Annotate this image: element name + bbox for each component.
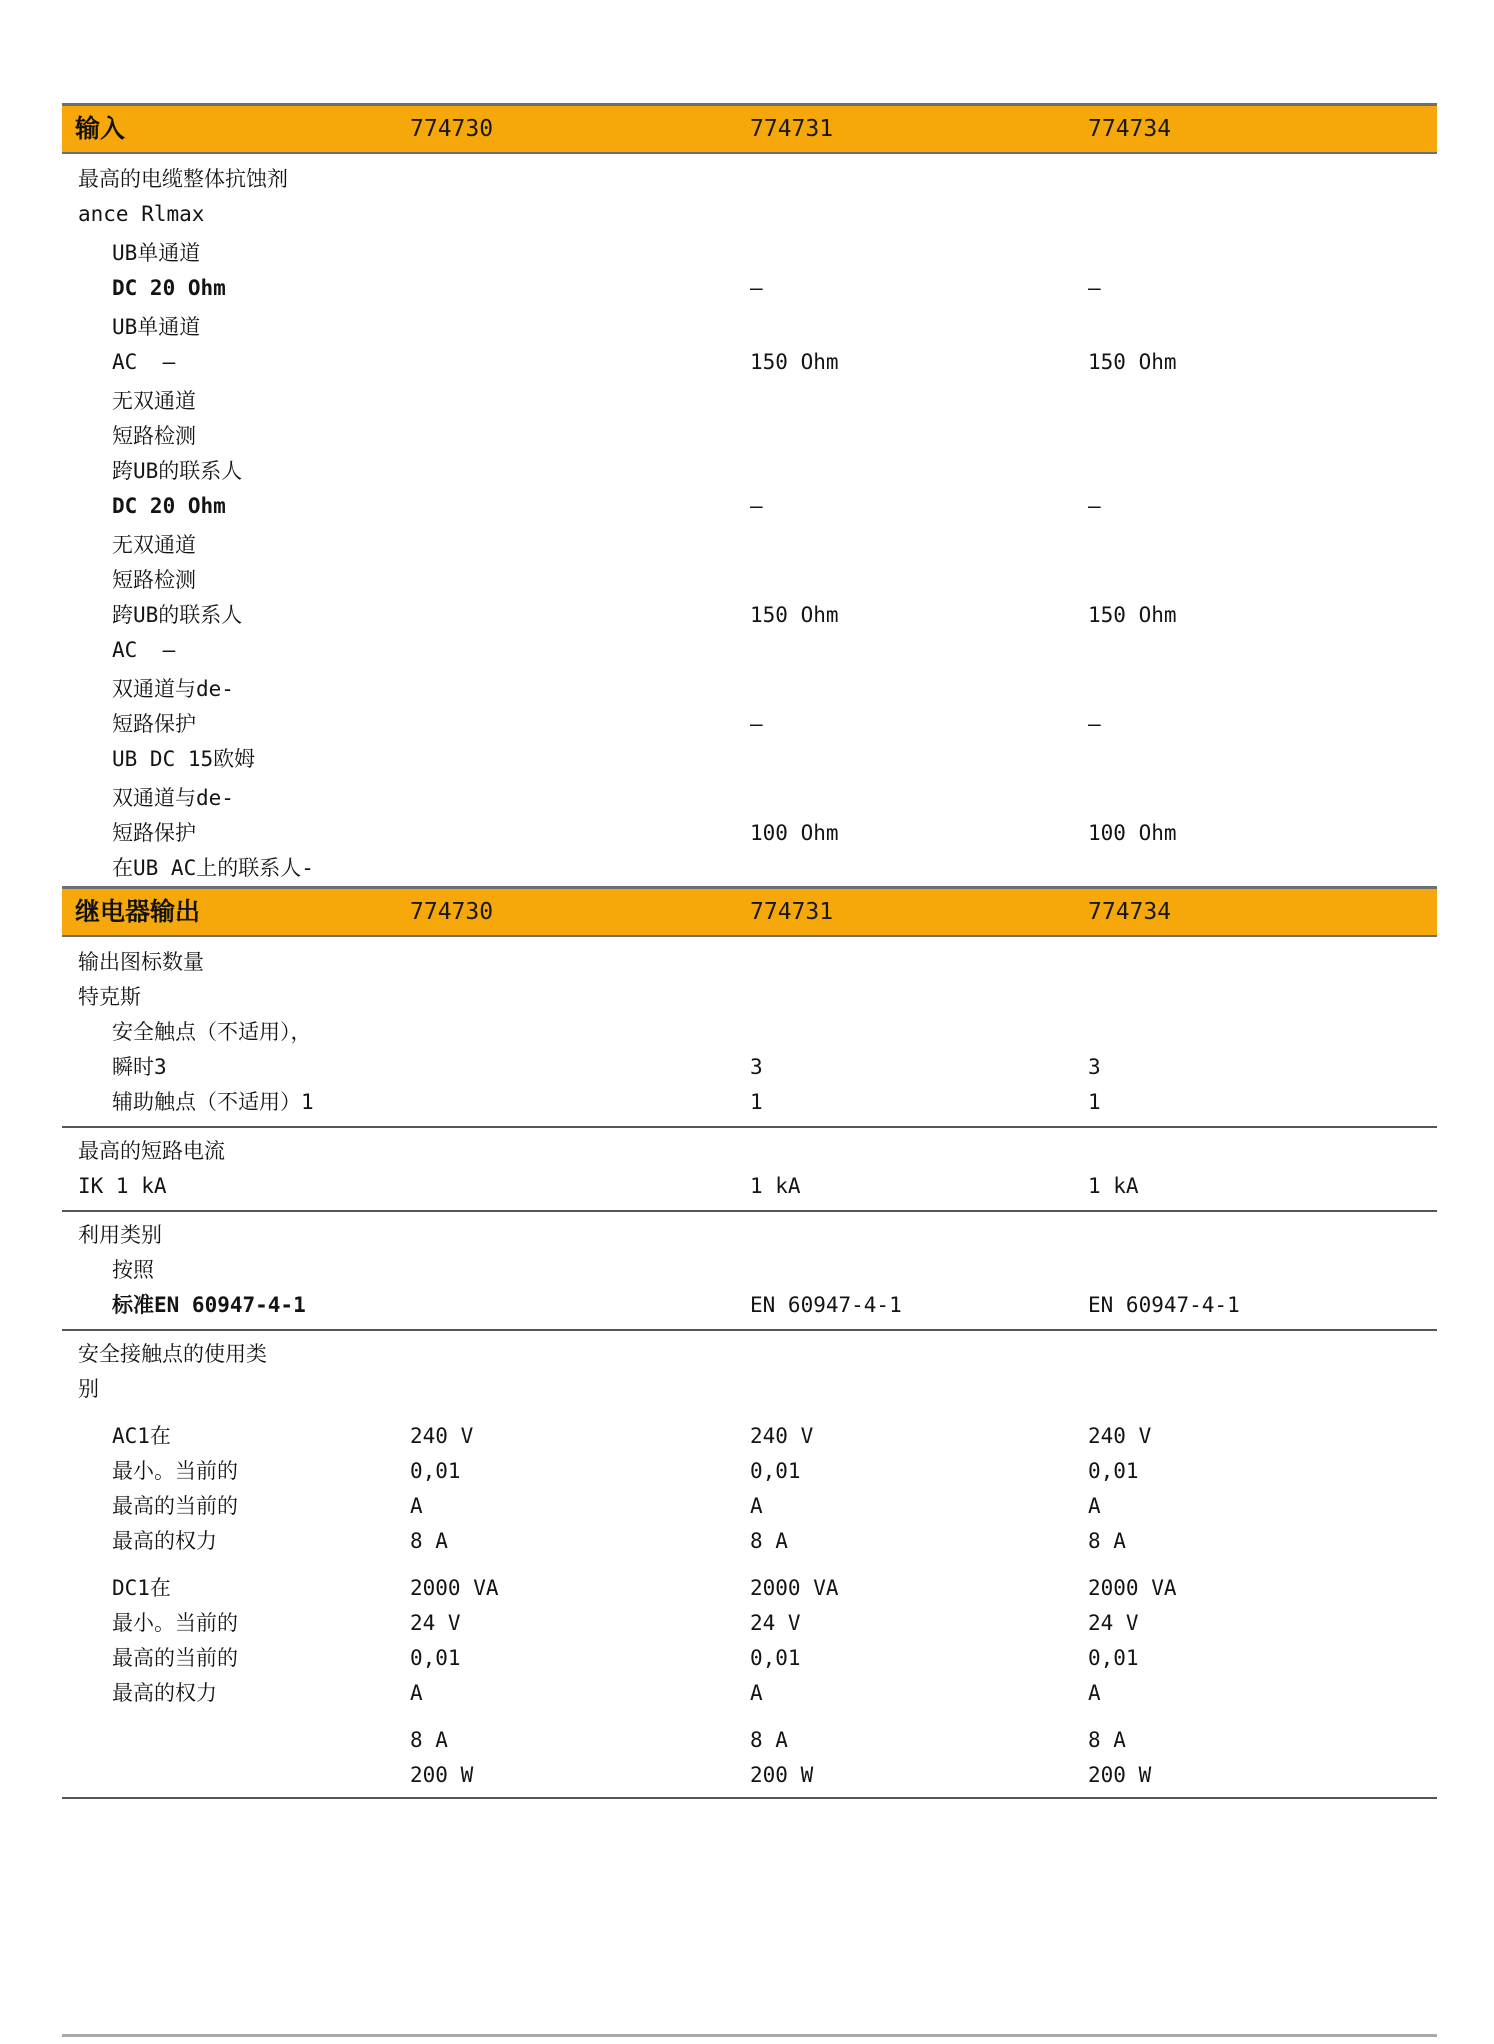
datasheet-page: 输入 774730 774731 774734 最高的电缆整体抗蚀剂ance R…: [0, 0, 1494, 2044]
row-group: 安全接触点的使用类别AC1在240 V240 V240 V最小。当前的0,010…: [62, 1337, 1437, 1793]
value-774731: 24 V: [750, 1606, 801, 1641]
row-label: 双通道与de-: [112, 672, 234, 707]
value-774730: 8 A: [410, 1723, 448, 1758]
relay-output-section-header: 继电器输出 774730 774731 774734: [62, 886, 1437, 937]
table-row: 短路保护100 Ohm100 Ohm: [62, 816, 1437, 851]
table-row: 利用类别: [62, 1218, 1437, 1253]
table-row: 短路保护––: [62, 707, 1437, 742]
value-774730: 2000 VA: [410, 1571, 499, 1606]
row-label: 利用类别: [78, 1218, 162, 1253]
value-774731: 200 W: [750, 1758, 813, 1793]
table-row: DC 20 Ohm––: [62, 271, 1437, 306]
row-label: 双通道与de-: [112, 781, 234, 816]
value-774731: 150 Ohm: [750, 598, 839, 633]
row-group: 最高的短路电流IK 1 kA1 kA1 kA: [62, 1134, 1437, 1204]
row-label: 辅助触点（不适用）1: [112, 1085, 314, 1120]
row-label: UB单通道: [112, 310, 200, 345]
value-774734: –: [1088, 707, 1101, 742]
table-row: 标准EN 60947-4-1EN 60947-4-1EN 60947-4-1: [62, 1288, 1437, 1323]
value-774734: 8 A: [1088, 1723, 1126, 1758]
table-row: 安全接触点的使用类: [62, 1337, 1437, 1372]
value-774734: A: [1088, 1676, 1101, 1711]
table-row: 最小。当前的0,010,010,01: [62, 1454, 1437, 1489]
value-774734: 1: [1088, 1085, 1101, 1120]
relay-output-section: 继电器输出 774730 774731 774734 输出图标数量特克斯安全触点…: [62, 886, 1437, 1799]
value-774731: EN 60947-4-1: [750, 1288, 902, 1323]
value-774731: 2000 VA: [750, 1571, 839, 1606]
table-row: 特克斯: [62, 980, 1437, 1015]
table-row: 安全触点（不适用），: [62, 1015, 1437, 1050]
row-group: 双通道与de-短路保护100 Ohm100 Ohm在UB AC上的联系人-: [62, 781, 1437, 886]
row-label: 跨UB的联系人: [112, 598, 242, 633]
row-group: 最高的电缆整体抗蚀剂ance Rlmax: [62, 162, 1437, 232]
row-group: UB单通道DC 20 Ohm––: [62, 236, 1437, 306]
value-774730: 0,01: [410, 1454, 461, 1489]
table-row: UB DC 15欧姆: [62, 742, 1437, 777]
row-label: 最高的权力: [112, 1524, 217, 1559]
value-774730: 240 V: [410, 1419, 473, 1454]
value-774731: 8 A: [750, 1723, 788, 1758]
row-label: 别: [78, 1372, 99, 1407]
row-label: ance Rlmax: [78, 197, 204, 232]
table-row: DC1在2000 VA2000 VA2000 VA: [62, 1571, 1437, 1606]
table-row: 双通道与de-: [62, 781, 1437, 816]
value-774731: 240 V: [750, 1419, 813, 1454]
table-row: 在UB AC上的联系人-: [62, 851, 1437, 886]
row-label: 无双通道: [112, 528, 196, 563]
table-row: 跨UB的联系人: [62, 454, 1437, 489]
table-row: 双通道与de-: [62, 672, 1437, 707]
row-label: 短路检测: [112, 419, 196, 454]
table-row: 最高的权力AAA: [62, 1676, 1437, 1711]
value-774730: 8 A: [410, 1524, 448, 1559]
row-group: 输出图标数量特克斯安全触点（不适用），瞬时333辅助触点（不适用）111: [62, 945, 1437, 1120]
value-774734: 240 V: [1088, 1419, 1151, 1454]
row-label: 最高的权力: [112, 1676, 217, 1711]
input-table-body: 最高的电缆整体抗蚀剂ance RlmaxUB单通道DC 20 Ohm––UB单通…: [62, 154, 1437, 886]
column-header-774734: 774734: [1088, 106, 1171, 152]
row-group: 无双通道短路检测跨UB的联系人150 Ohm150 OhmAC –: [62, 528, 1437, 668]
table-row: 最高的当前的0,010,010,01: [62, 1641, 1437, 1676]
row-label: UB DC 15欧姆: [112, 742, 255, 777]
row-label: 输出图标数量: [78, 945, 204, 980]
row-label: DC1在: [112, 1571, 171, 1606]
row-label: 无双通道: [112, 384, 196, 419]
table-row: AC –: [62, 633, 1437, 668]
column-header-774730: 774730: [410, 889, 493, 935]
section-divider: [62, 1126, 1437, 1128]
table-row: 输出图标数量: [62, 945, 1437, 980]
table-row: 别: [62, 1372, 1437, 1407]
row-label: DC 20 Ohm: [112, 489, 226, 524]
row-label: 短路检测: [112, 563, 196, 598]
row-label: 按照: [112, 1253, 154, 1288]
table-row: UB单通道: [62, 236, 1437, 271]
row-group: 无双通道短路检测跨UB的联系人DC 20 Ohm––: [62, 384, 1437, 524]
row-label: AC –: [112, 345, 175, 380]
table-row: AC –150 Ohm150 Ohm: [62, 345, 1437, 380]
table-row: 8 A8 A8 A: [62, 1723, 1437, 1758]
value-774731: –: [750, 707, 763, 742]
value-774730: 200 W: [410, 1758, 473, 1793]
row-label: 短路保护: [112, 707, 196, 742]
table-row: 按照: [62, 1253, 1437, 1288]
table-row: ance Rlmax: [62, 197, 1437, 232]
value-774730: 0,01: [410, 1641, 461, 1676]
row-label: IK 1 kA: [78, 1169, 167, 1204]
relay-output-table-body: 输出图标数量特克斯安全触点（不适用），瞬时333辅助触点（不适用）111最高的短…: [62, 937, 1437, 1799]
column-header-774734: 774734: [1088, 889, 1171, 935]
value-774734: 200 W: [1088, 1758, 1151, 1793]
row-label: 在UB AC上的联系人-: [112, 851, 314, 886]
table-row: 跨UB的联系人150 Ohm150 Ohm: [62, 598, 1437, 633]
input-section-header: 输入 774730 774731 774734: [62, 103, 1437, 154]
value-774734: 24 V: [1088, 1606, 1139, 1641]
table-row: 最高的当前的AAA: [62, 1489, 1437, 1524]
row-label: 特克斯: [78, 980, 141, 1015]
table-row: 无双通道: [62, 384, 1437, 419]
row-label: 最高的当前的: [112, 1641, 238, 1676]
row-group: 利用类别按照标准EN 60947-4-1EN 60947-4-1EN 60947…: [62, 1218, 1437, 1323]
table-row: 无双通道: [62, 528, 1437, 563]
section-divider: [62, 1210, 1437, 1212]
table-row: 最高的短路电流: [62, 1134, 1437, 1169]
value-774734: A: [1088, 1489, 1101, 1524]
row-label: 标准EN 60947-4-1: [112, 1288, 306, 1323]
table-row: IK 1 kA1 kA1 kA: [62, 1169, 1437, 1204]
column-header-774731: 774731: [750, 889, 833, 935]
value-774731: –: [750, 489, 763, 524]
row-label: 最高的短路电流: [78, 1134, 225, 1169]
row-label: DC 20 Ohm: [112, 271, 226, 306]
input-section: 输入 774730 774731 774734 最高的电缆整体抗蚀剂ance R…: [62, 103, 1437, 886]
value-774734: 0,01: [1088, 1641, 1139, 1676]
table-row: 短路检测: [62, 419, 1437, 454]
value-774730: 24 V: [410, 1606, 461, 1641]
table-row: 瞬时333: [62, 1050, 1437, 1085]
row-label: 最小。当前的: [112, 1606, 238, 1641]
table-row: 200 W200 W200 W: [62, 1758, 1437, 1793]
value-774734: 150 Ohm: [1088, 345, 1177, 380]
column-header-774731: 774731: [750, 106, 833, 152]
table-row: 辅助触点（不适用）111: [62, 1085, 1437, 1120]
row-label: 安全触点（不适用），: [112, 1015, 312, 1050]
section-divider: [62, 1329, 1437, 1331]
table-row: 短路检测: [62, 563, 1437, 598]
value-774731: A: [750, 1489, 763, 1524]
row-label: 最小。当前的: [112, 1454, 238, 1489]
table-row: AC1在240 V240 V240 V: [62, 1419, 1437, 1454]
value-774734: 2000 VA: [1088, 1571, 1177, 1606]
row-label: 瞬时3: [112, 1050, 167, 1085]
value-774730: A: [410, 1489, 423, 1524]
table-row: UB单通道: [62, 310, 1437, 345]
value-774731: 1 kA: [750, 1169, 801, 1204]
section-title: 输入: [75, 106, 125, 152]
value-774731: 0,01: [750, 1641, 801, 1676]
table-row: 最高的权力8 A8 A8 A: [62, 1524, 1437, 1559]
value-774731: 0,01: [750, 1454, 801, 1489]
row-label: 安全接触点的使用类: [78, 1337, 267, 1372]
section-title: 继电器输出: [75, 889, 200, 935]
value-774734: 0,01: [1088, 1454, 1139, 1489]
row-label: 最高的当前的: [112, 1489, 238, 1524]
value-774731: 100 Ohm: [750, 816, 839, 851]
value-774734: 150 Ohm: [1088, 598, 1177, 633]
value-774731: 8 A: [750, 1524, 788, 1559]
table-row: 最小。当前的24 V24 V24 V: [62, 1606, 1437, 1641]
value-774734: 3: [1088, 1050, 1101, 1085]
value-774730: A: [410, 1676, 423, 1711]
row-group: UB单通道AC –150 Ohm150 Ohm: [62, 310, 1437, 380]
value-774731: A: [750, 1676, 763, 1711]
value-774734: –: [1088, 271, 1101, 306]
page-bottom-rule: [62, 2034, 1437, 2037]
row-label: AC –: [112, 633, 175, 668]
value-774731: 1: [750, 1085, 763, 1120]
row-group: 双通道与de-短路保护––UB DC 15欧姆: [62, 672, 1437, 777]
row-label: 最高的电缆整体抗蚀剂: [78, 162, 288, 197]
table-row: DC 20 Ohm––: [62, 489, 1437, 524]
value-774734: 1 kA: [1088, 1169, 1139, 1204]
row-label: UB单通道: [112, 236, 200, 271]
value-774734: –: [1088, 489, 1101, 524]
value-774731: 3: [750, 1050, 763, 1085]
value-774731: –: [750, 271, 763, 306]
value-774731: 150 Ohm: [750, 345, 839, 380]
table-row: 最高的电缆整体抗蚀剂: [62, 162, 1437, 197]
column-header-774730: 774730: [410, 106, 493, 152]
value-774734: 100 Ohm: [1088, 816, 1177, 851]
value-774734: EN 60947-4-1: [1088, 1288, 1240, 1323]
value-774734: 8 A: [1088, 1524, 1126, 1559]
row-label: AC1在: [112, 1419, 171, 1454]
row-label: 短路保护: [112, 816, 196, 851]
row-label: 跨UB的联系人: [112, 454, 242, 489]
